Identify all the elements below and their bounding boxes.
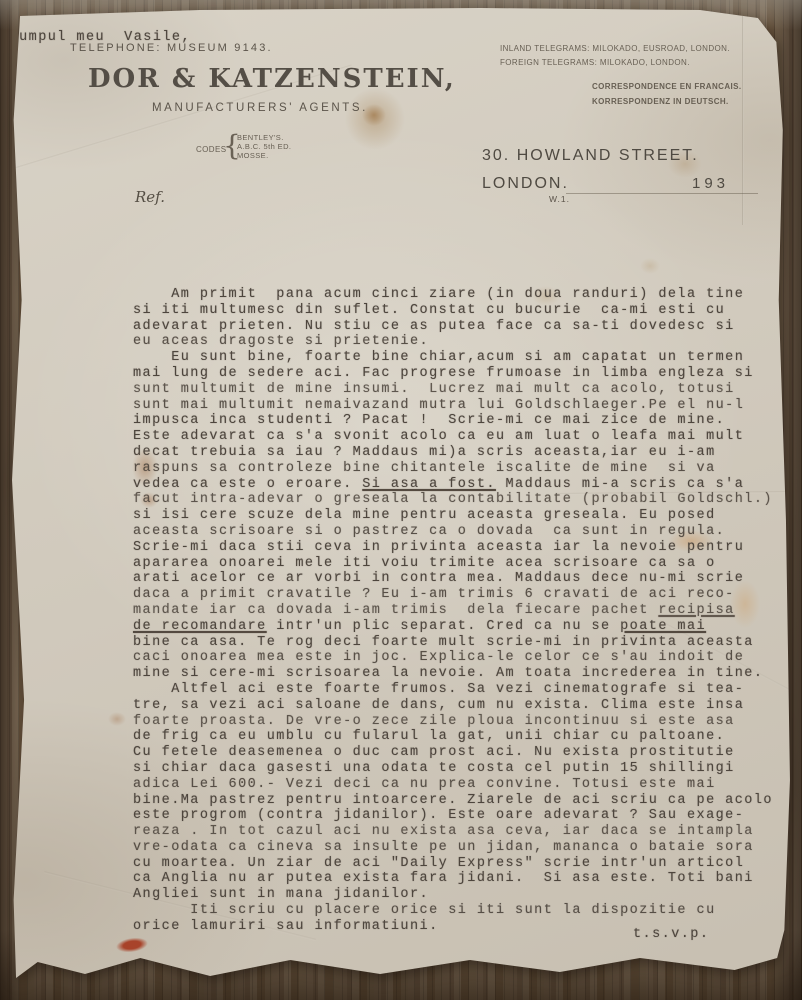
wax-mark	[115, 936, 149, 954]
letter-paper: TELEPHONE: MUSEUM 9143. DOR & KATZENSTEI…	[0, 0, 802, 1000]
underlined-text: de recomandare	[133, 619, 267, 634]
address-district: W.1.	[549, 194, 570, 204]
underlined-text: recipisa	[658, 603, 734, 618]
codes-item: BENTLEY'S.	[237, 133, 291, 142]
date-typed: 28 Julie	[0, 0, 802, 15]
address-street: 30. HOWLAND STREET.	[482, 147, 699, 165]
letter-line: Iti scriu cu placere orice si iti sunt l…	[133, 903, 773, 919]
letter-text: mai lung de sedere aci. Fac progrese fru…	[133, 366, 754, 381]
letter-line: vedea ca este o eroare. Si asa a fost. M…	[133, 477, 773, 493]
correspondence-german: KORRESPONDENZ IN DEUTSCH.	[592, 97, 729, 106]
letter-line: Altfel aci este foarte frumos. Sa vezi c…	[133, 682, 773, 698]
letter-line: este progrom (contra jidanilor). Este oa…	[133, 808, 773, 824]
letter-text: adevarat prieten. Nu stiu ce as putea fa…	[133, 319, 735, 334]
letter-line: sunt mai multumit nemaivazand mutra lui …	[133, 398, 773, 414]
letter-line: adica Lei 600.- Vezi deci ca nu prea con…	[133, 777, 773, 793]
letter-text: este progrom (contra jidanilor). Este oa…	[133, 808, 744, 823]
stain	[108, 712, 126, 726]
letter-text: Angliei sunt in mana jidanilor.	[133, 887, 429, 902]
letter-text: si chiar daca gasesti una odata te costa…	[133, 761, 735, 776]
letter-line: foarte proasta. De vre-o zece zile ploua…	[133, 714, 773, 730]
letter-line: vre-odata ca cineva sa insulte pe un jid…	[133, 840, 773, 856]
letter-line: bine.Ma pastrez pentru intoarcere. Ziare…	[133, 793, 773, 809]
codes-item: A.B.C. 5th ED.	[237, 142, 291, 151]
correspondence-french: CORRESPONDENCE EN FRANCAIS.	[592, 82, 741, 91]
letter-line: mai lung de sedere aci. Fac progrese fru…	[133, 366, 773, 382]
letter-line: Eu sunt bine, foarte bine chiar,acum si …	[133, 350, 773, 366]
letter-text: Altfel aci este foarte frumos. Sa vezi c…	[133, 682, 744, 697]
letter-line: tre, sa vezi aci saloane de dans, cum nu…	[133, 698, 773, 714]
letter-text: eu aceas dragoste si prietenie.	[133, 334, 429, 349]
letter-text: Scrie-mi daca stii ceva in privinta acea…	[133, 540, 744, 555]
letter-line: reaza . In tot cazul aci nu exista asa c…	[133, 824, 773, 840]
inland-telegrams: INLAND TELEGRAMS: MILOKADO, EUSROAD, LON…	[500, 44, 730, 53]
codes-item: MOSSE.	[237, 151, 291, 160]
letter-text: impusca inca studenti ? Pacat ! Scrie-mi…	[133, 413, 725, 428]
paper-shadow-wrap: TELEPHONE: MUSEUM 9143. DOR & KATZENSTEI…	[0, 0, 802, 1000]
letterhead-tagline: MANUFACTURERS' AGENTS.	[152, 102, 368, 114]
letter-line: apararea onoarei mele iti voiu trimite a…	[133, 556, 773, 572]
letter-text: Am primit pana acum cinci ziare (in doua…	[133, 287, 744, 302]
letter-text: ca Anglia nu ar putea exista fara jidani…	[133, 871, 754, 886]
underlined-text: Si asa a fost.	[362, 477, 496, 492]
codes-list: BENTLEY'S.A.B.C. 5th ED.MOSSE.	[237, 133, 291, 160]
letter-line: eu aceas dragoste si prietenie.	[133, 334, 773, 350]
letter-line: mine si cere-mi scrisoarea la nevoie. Am…	[133, 666, 773, 682]
stain	[640, 258, 660, 274]
letter-text: foarte proasta. De vre-o zece zile ploua…	[133, 714, 735, 729]
date-rule	[566, 193, 758, 194]
letter-text: tre, sa vezi aci saloane de dans, cum nu…	[133, 698, 744, 713]
letter-text: bine ca asa. Te rog deci foarte mult scr…	[133, 635, 754, 650]
letter-line: si iti multumesc din suflet. Constat cu …	[133, 303, 773, 319]
letter-line: decat trebuia sa iau ? Maddaus mi)a scri…	[133, 445, 773, 461]
letter-text: si iti multumesc din suflet. Constat cu …	[133, 303, 725, 318]
foreign-telegrams: FOREIGN TELEGRAMS: MILOKADO, LONDON.	[500, 58, 690, 67]
letter-line: cu moartea. Un ziar de aci "Daily Expres…	[133, 856, 773, 872]
letter-text: daca a primit cravatile ? Eu i-am trimis…	[133, 587, 735, 602]
letter-text: si isi cere scuze dela mine pentru aceas…	[133, 508, 716, 523]
letter-line: impusca inca studenti ? Pacat ! Scrie-mi…	[133, 413, 773, 429]
letter-line: Este adevarat ca s'a svonit acolo ca eu …	[133, 429, 773, 445]
letter-text: bine.Ma pastrez pentru intoarcere. Ziare…	[133, 793, 773, 808]
letter-text: adica Lei 600.- Vezi deci ca nu prea con…	[133, 777, 716, 792]
letter-text: Maddaus mi-a scris ca s'a	[496, 477, 744, 492]
letter-text: raspuns sa controleze bine chitantele is…	[133, 461, 716, 476]
letterhead-telephone: TELEPHONE: MUSEUM 9143.	[70, 42, 273, 54]
letter-text: mine si cere-mi scrisoarea la nevoie. Am…	[133, 666, 763, 681]
letter-line: daca a primit cravatile ? Eu i-am trimis…	[133, 587, 773, 603]
letter-text: Cu fetele deasemenea o duc cam prost aci…	[133, 745, 735, 760]
letter-text: sunt mai multumit nemaivazand mutra lui …	[133, 398, 744, 413]
date-typed-digit: 0	[0, 15, 802, 30]
underlined-text: poate mai	[620, 619, 706, 634]
letter-line: Am primit pana acum cinci ziare (in doua…	[133, 287, 773, 303]
letter-line: aceasta scrisoare si o pastrez ca o dova…	[133, 524, 773, 540]
letter-line: Cu fetele deasemenea o duc cam prost aci…	[133, 745, 773, 761]
letter-text: sunt multumit de mine insumi. Lucrez mai…	[133, 382, 735, 397]
letter-line: raspuns sa controleze bine chitantele is…	[133, 461, 773, 477]
letter-line: arati acelor ce ar vorbi in contra mea. …	[133, 571, 773, 587]
letter-text: orice lamuriri sau informatiuni.	[133, 919, 439, 934]
letter-line: si chiar daca gasesti una odata te costa…	[133, 761, 773, 777]
letter-text: arati acelor ce ar vorbi in contra mea. …	[133, 571, 744, 586]
codes-label: CODES	[196, 145, 226, 154]
letter-text: caci onoarea mea este in joc. Explica-le…	[133, 650, 744, 665]
letter-text: reaza . In tot cazul aci nu exista asa c…	[133, 824, 754, 839]
letter-line: de recomandare intr'un plic separat. Cre…	[133, 619, 773, 635]
letter-line: sunt multumit de mine insumi. Lucrez mai…	[133, 382, 773, 398]
letter-text: cu moartea. Un ziar de aci "Daily Expres…	[133, 856, 744, 871]
letter-line: bine ca asa. Te rog deci foarte mult scr…	[133, 635, 773, 651]
letter-text: de frig ca eu umblu cu fularul la gat, u…	[133, 729, 725, 744]
letter-text: mandate iar ca dovada i-am trimis dela f…	[133, 603, 658, 618]
letter-line: adevarat prieten. Nu stiu ce as putea fa…	[133, 319, 773, 335]
postscript: t.s.v.p.	[633, 927, 709, 943]
letter-text: vedea ca este o eroare.	[133, 477, 362, 492]
letter-text: Eu sunt bine, foarte bine chiar,acum si …	[133, 350, 744, 365]
letter-text: apararea onoarei mele iti voiu trimite a…	[133, 556, 716, 571]
letter-text: intr'un plic separat. Cred ca nu se	[267, 619, 620, 634]
photo-of-letter-on-wood: TELEPHONE: MUSEUM 9143. DOR & KATZENSTEI…	[0, 0, 802, 1000]
letter-line: Scrie-mi daca stii ceva in privinta acea…	[133, 540, 773, 556]
letter-body: Am primit pana acum cinci ziare (in doua…	[133, 287, 773, 935]
ref-label: Ref.	[135, 188, 165, 206]
letter-text: aceasta scrisoare si o pastrez ca o dova…	[133, 524, 725, 539]
letter-line: Angliei sunt in mana jidanilor.	[133, 887, 773, 903]
letter-text: decat trebuia sa iau ? Maddaus mi)a scri…	[133, 445, 716, 460]
letter-line: ca Anglia nu ar putea exista fara jidani…	[133, 871, 773, 887]
letterhead-company-name: DOR & KATZENSTEIN,	[88, 64, 456, 94]
letter-text: facut intra-adevar o greseala la contabi…	[133, 492, 773, 507]
letter-line: caci onoarea mea este in joc. Explica-le…	[133, 650, 773, 666]
letter-line: facut intra-adevar o greseala la contabi…	[133, 492, 773, 508]
letter-line: de frig ca eu umblu cu fularul la gat, u…	[133, 729, 773, 745]
address-city: LONDON.	[482, 175, 569, 193]
letter-line: mandate iar ca dovada i-am trimis dela f…	[133, 603, 773, 619]
date-printed-year: 193	[692, 175, 729, 192]
letter-text: vre-odata ca cineva sa insulte pe un jid…	[133, 840, 754, 855]
letter-text: Este adevarat ca s'a svonit acolo ca eu …	[133, 429, 744, 444]
letter-text: Iti scriu cu placere orice si iti sunt l…	[133, 903, 716, 918]
letter-line: si isi cere scuze dela mine pentru aceas…	[133, 508, 773, 524]
